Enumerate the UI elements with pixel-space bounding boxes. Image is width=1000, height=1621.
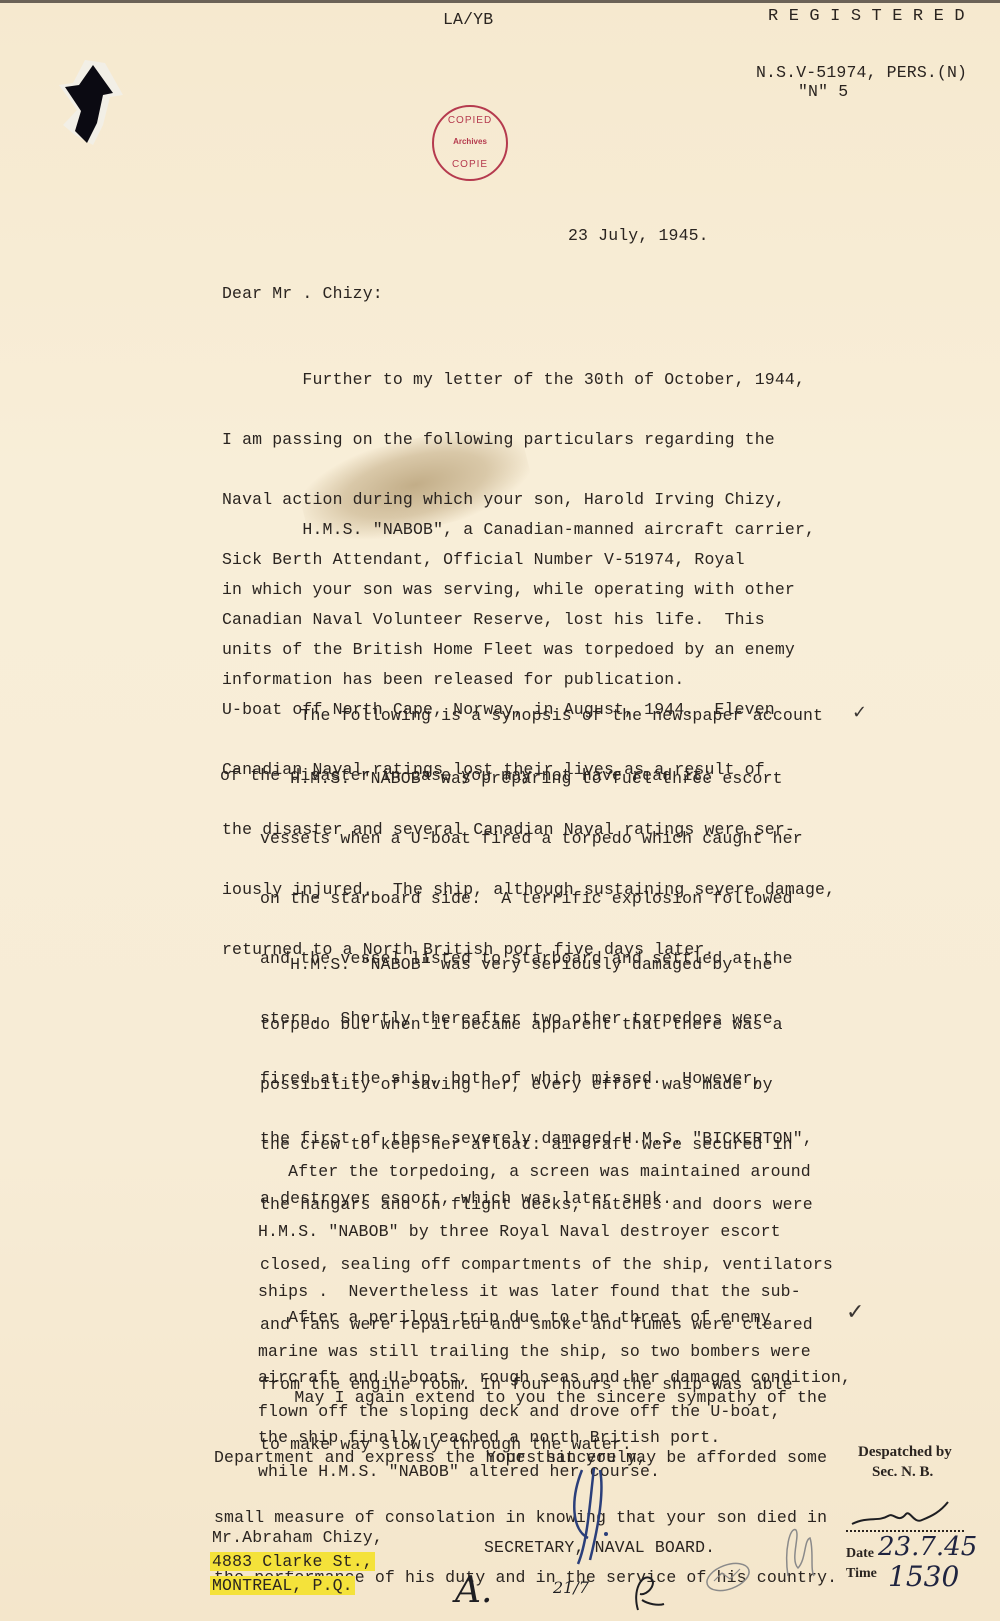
text-line: After the torpedoing, a screen was maint… (258, 1162, 811, 1182)
text-line: H.M.S. "NABOB" was very seriously damage… (260, 955, 833, 975)
recipient-city-text: MONTREAL, P.Q. (210, 1576, 355, 1595)
text-line: H.M.S. "NABOB", a Canadian-manned aircra… (222, 520, 835, 540)
text-line: torpedo but when it became apparent that… (260, 1015, 833, 1035)
reference-initials: LA/YB (443, 10, 493, 30)
text-line: vessels when a U-boat fired a torpedo wh… (260, 829, 813, 849)
text-line: in which your son was serving, while ope… (222, 580, 835, 600)
text-line: units of the British Home Fleet was torp… (222, 640, 835, 660)
recipient-street: 4883 Clarke St., (210, 1552, 375, 1572)
recipient-city: MONTREAL, P.Q. (210, 1576, 355, 1596)
handwritten-initials-1: A. (455, 1570, 492, 1611)
date-value: 23.7.45 (878, 1532, 977, 1562)
stamp-middle-text: Archives (434, 137, 506, 146)
text-line: After a perilous trip due to the threat … (258, 1308, 851, 1328)
text-line: May I again extend to you the sincere sy… (214, 1388, 837, 1408)
text-line: Further to my letter of the 30th of Octo… (222, 370, 805, 390)
time-label: Time (846, 1566, 877, 1582)
check-mark-icon: ✓ (846, 1300, 864, 1325)
handwritten-initial-icon (628, 1570, 668, 1615)
despatch-signature-icon (848, 1498, 968, 1530)
registered-label: R E G I S T E R E D (768, 7, 965, 27)
page-top-edge (0, 0, 1000, 3)
letter-date: 23 July, 1945. (568, 226, 709, 246)
torn-hole-icon (55, 55, 125, 150)
text-line: possibility of saving her, every effort … (260, 1075, 833, 1095)
salutation: Dear Mr . Chizy: (222, 284, 383, 304)
file-sub-number: "N" 5 (798, 82, 848, 102)
signatory-title: SECRETARY, NAVAL BOARD. (484, 1538, 715, 1558)
pencil-initial-icon (700, 1555, 760, 1595)
recipient-street-text: 4883 Clarke St., (210, 1552, 375, 1571)
stamp-bottom-text: COPIE (434, 159, 506, 170)
despatched-sec: Sec. N. B. (872, 1464, 933, 1481)
text-line: H.M.S. "NABOB" by three Royal Naval dest… (258, 1222, 811, 1242)
text-line: on the starboard side. A terrific explos… (260, 889, 813, 909)
recipient-name: Mr.Abraham Chizy, (212, 1528, 383, 1548)
pencil-mark-icon (780, 1520, 820, 1580)
despatched-label: Despatched by (858, 1444, 952, 1461)
date-label: Date (846, 1546, 874, 1562)
text-line: H.M.S. "NABOB" was preparing to fuel thr… (260, 769, 813, 789)
stamp-top-text: COPIED (434, 115, 506, 126)
handwritten-initials-2: 21/7 (553, 1578, 589, 1597)
text-line: small measure of consolation in knowing … (214, 1508, 837, 1528)
time-value: 1530 (888, 1560, 959, 1593)
archives-copied-stamp: COPIED Archives COPIE (432, 105, 508, 181)
text-line: I am passing on the following particular… (222, 430, 805, 450)
check-mark-icon: ✓ (852, 702, 867, 723)
file-number: N.S.V-51974, PERS.(N) (756, 63, 967, 83)
text-line: The following is a synopsis of the newsp… (220, 706, 823, 726)
